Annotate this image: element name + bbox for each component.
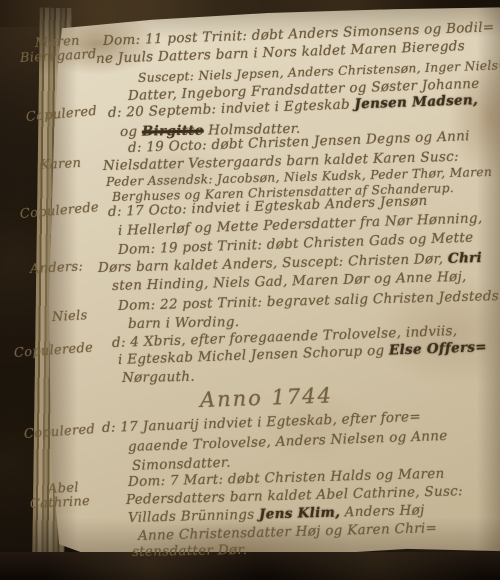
line-segment: og bbox=[120, 124, 142, 140]
line-segment: Anders Høj bbox=[340, 502, 425, 520]
margin-note: Bieregaard bbox=[20, 47, 97, 66]
margin-note: Copulered bbox=[23, 422, 95, 442]
manuscript-line: stensdatter Dør. bbox=[132, 542, 248, 560]
margin-note: Karen bbox=[40, 156, 82, 173]
overwritten-name: Chri bbox=[448, 250, 482, 267]
margin-note: Niels bbox=[52, 308, 88, 325]
margin-note: Cathrine bbox=[30, 494, 91, 512]
anno-heading: Anno 1744 bbox=[200, 383, 334, 412]
overwritten-name: Jens Klim, bbox=[259, 504, 340, 522]
margin-note: Copulerede bbox=[13, 340, 93, 360]
register-page-photo: Maren Bieregaard Dom: 11 post Trinit: dø… bbox=[0, 0, 500, 580]
overwritten-name: Else Offers= bbox=[389, 339, 487, 358]
handwriting-layer: Maren Bieregaard Dom: 11 post Trinit: dø… bbox=[0, 0, 500, 580]
margin-note: Anders: bbox=[30, 259, 84, 277]
manuscript-line: barn i Wording. bbox=[128, 314, 240, 332]
overwritten-name: Jensen Madsen, bbox=[354, 92, 478, 112]
margin-note: Copulered bbox=[25, 104, 97, 125]
margin-note: Copulerede bbox=[19, 200, 99, 222]
line-segment: Villads Brünnings bbox=[128, 507, 259, 526]
manuscript-line: Nørgauth. bbox=[122, 369, 195, 386]
